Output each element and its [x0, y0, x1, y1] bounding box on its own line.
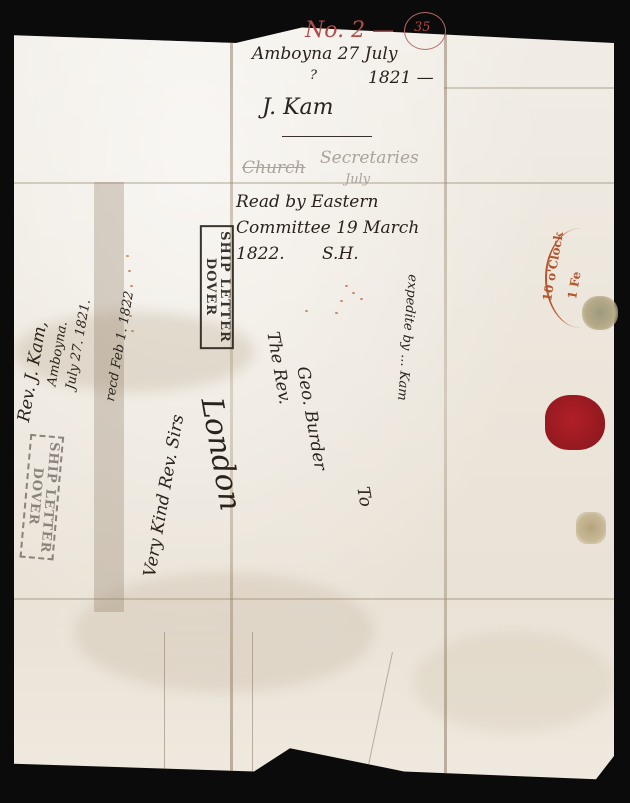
docket-place-date: Amboyna 27 July — [252, 44, 397, 64]
fold-line — [14, 598, 614, 600]
red-speckle — [130, 285, 133, 287]
fold-line — [444, 87, 614, 89]
stamp-line1: SHIP LETTER — [217, 231, 231, 343]
read-note-line1: Read by Eastern — [236, 192, 378, 212]
address-to: To — [352, 485, 375, 508]
red-speckle — [129, 315, 132, 317]
red-speckle — [360, 298, 363, 300]
fold-line — [230, 12, 233, 787]
red-speckle — [131, 330, 134, 332]
red-speckle — [128, 270, 131, 272]
stamp-line2: DOVER — [203, 231, 217, 343]
read-note-line2: Committee 19 March — [236, 218, 419, 238]
fold-line — [444, 12, 447, 787]
docket-question-mark: ? — [310, 68, 317, 83]
docket-author: J. Kam — [262, 95, 334, 120]
pencil-note-2: July — [345, 172, 370, 187]
docket-year: 1821 — — [368, 68, 434, 88]
pencil-note-struck: Church — [242, 158, 306, 178]
seal-remnant — [576, 512, 606, 544]
crease — [164, 632, 165, 792]
fold-line — [14, 182, 614, 184]
red-speckle — [305, 310, 308, 312]
read-note-line3: 1822. — [236, 244, 285, 264]
red-speckle — [352, 292, 355, 294]
crease — [252, 632, 253, 792]
red-speckle — [126, 255, 129, 257]
docket-number: No. 2 — — [305, 18, 394, 43]
red-speckle — [335, 312, 338, 314]
docket-rule — [282, 136, 372, 137]
red-speckle — [340, 300, 343, 302]
wax-seal — [545, 395, 605, 450]
pencil-note: Secretaries — [320, 148, 419, 168]
ship-letter-dover-stamp: SHIP LETTER DOVER — [200, 225, 234, 349]
folio-number: 35 — [414, 20, 431, 35]
red-speckle — [127, 300, 130, 302]
initials: S.H. — [322, 244, 359, 264]
red-speckle — [345, 285, 348, 287]
seal-remnant — [582, 296, 618, 330]
crease — [363, 652, 393, 789]
